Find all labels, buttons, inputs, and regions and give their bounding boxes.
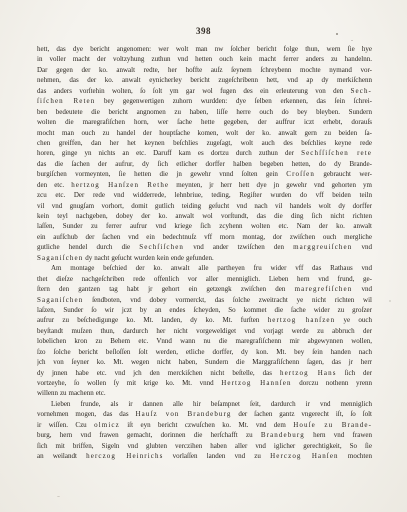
text-line: Lieben frunde, als ir dannen alle hir be… [37,399,372,409]
letterspaced-name: herczog Heinrichs [86,452,163,460]
letterspaced-name: Sech- [351,87,372,95]
text-line: ſich mit briffen, Sigeln vnd glubten ver… [37,441,372,451]
text-line: hett, das dye bericht angenomen: wer wol… [37,44,372,54]
letterspaced-name: Brandeburg [261,431,305,439]
scan-speck [57,496,60,497]
letterspaced-name: Houſe zu Brande- [293,421,372,429]
letterspaced-name: Saganiſchen [37,254,83,262]
letterspaced-name: Brandeburg [188,410,232,418]
text-line: das die ſachen der aufrur, dy ſich etlic… [37,159,372,169]
text-line: lobelichen kron zu Behem etc. Vnnd wann … [37,336,372,346]
text-line: ſtern den gantzen tag habt jr gehort ein… [37,284,372,294]
text-line: an weilandt herczog Heinrichs vorlaſſen … [37,451,372,461]
text-line: aufrur zu beſchedigunge ko. Mt. landen, … [37,315,372,325]
text-line: ein aufſchub der ſachen vnd ein bedechtn… [37,232,372,242]
text-line: willenn zu machenn etc. [37,388,372,398]
letterspaced-name: Hertzog Hannſen [221,379,291,387]
page-number: 398 [0,26,407,36]
scan-speck [336,33,338,35]
letterspaced-name: hertzog hanſzen [268,316,336,324]
text-line: ſiſchen Reten bey gegenwertigen zuhorn w… [37,96,372,106]
text-line: wolten die maregrafiſchen horn, wer ſach… [37,117,372,127]
text-line: burg, hern vnd frawen gemacht, dorinnen … [37,430,372,440]
letterspaced-name: hertzog Hanſzen Rethe [71,181,169,189]
text-line: Saganiſchen dy nacht geſucht wurden kein… [37,253,372,263]
text-line: in voller macht der voltzyhung zuthun vn… [37,54,372,64]
text-line: burgiſchen vormeynten, ſie hetten die jn… [37,169,372,179]
text-line: vortzeyhe, ſo wollen ſy mit krige ko. Mt… [37,378,372,388]
text-line: Am montage beſchied der ko. anwalt alle … [37,263,372,273]
scanned-book-page: 398 hett, das dye bericht angenomen: wer… [0,0,407,512]
letterspaced-name: olmicz [94,421,120,429]
text-line: das anders vorſtehin wolten, ſo ſolt ym … [37,86,372,96]
letterspaced-name: hertzog Hans [280,369,337,377]
text-line: thet dieſze nachgeſchriben rede offenlic… [37,274,372,284]
text-line: gutliche hendel durch die Sechſiſchen vn… [37,242,372,252]
letterspaced-name: Hauſz von Brandeburg [136,410,232,418]
letterspaced-name: Herczog Hanſen [270,452,339,460]
text-block: hett, das dye bericht angenomen: wer wol… [37,44,372,462]
letterspaced-name: Croſſen [286,170,315,178]
text-line: ſzo ſolche bericht beſloſſen ſolt werden… [37,347,372,357]
text-line: ir wiſſen. Czu olmicz iſt eyn bericht cz… [37,420,372,430]
text-line: ben bedeutete die bericht angnomen zu ha… [37,107,372,117]
letterspaced-name: Sechſiſchen [139,243,184,251]
text-line: kein teyl nachgeben, dobey der ko. anwal… [37,211,372,221]
text-line: zcu etc. Der rede vnd widderrede, lehnbr… [37,190,372,200]
text-line: mocht man ouch zu handel der houptſache … [37,128,372,138]
text-line: Saganiſchen ſendboten, vnd dobey vormerc… [37,295,372,305]
letterspaced-name: Saganiſchen [37,296,83,304]
scan-speck [389,300,391,302]
letterspaced-name: Sechſſiſchen rete [301,149,372,157]
scan-speck [351,40,353,41]
text-line: vil vnd gnugſam vorhort, domit gutlich t… [37,201,372,211]
letterspaced-name: ſiſchen Reten [37,97,95,105]
letterspaced-name: marggreuiſchen [293,243,352,251]
text-line: den etc. hertzog Hanſzen Rethe meynten, … [37,180,372,190]
text-line: beyſtandt muſzen thun, dardurch her nich… [37,326,372,336]
text-line: laſzen, Sunder ſo wir jczt by an endes ſ… [37,305,372,315]
text-line: laſſen, Sunder zu ferrer aufrur vnd krie… [37,221,372,231]
text-line: dy jnnen habe etc. vnd jch den merckiſch… [37,368,372,378]
text-line: nehmen, das der ko. anwalt eynicherley b… [37,75,372,85]
text-line: vornehmen mogen, das das Hauſz von Brand… [37,409,372,419]
text-line: Dar gegen der ko. anwalt redte, her hoff… [37,65,372,75]
text-line: jch von ſeyner ko. Mt. wegen nicht haben… [37,357,372,367]
text-line: chen greiffen, dan her het keynen beſchl… [37,138,372,148]
letterspaced-name: maregrefiſchen [295,285,353,293]
text-line: horen, ginge yn nichts an etc. Daruff ka… [37,148,372,158]
